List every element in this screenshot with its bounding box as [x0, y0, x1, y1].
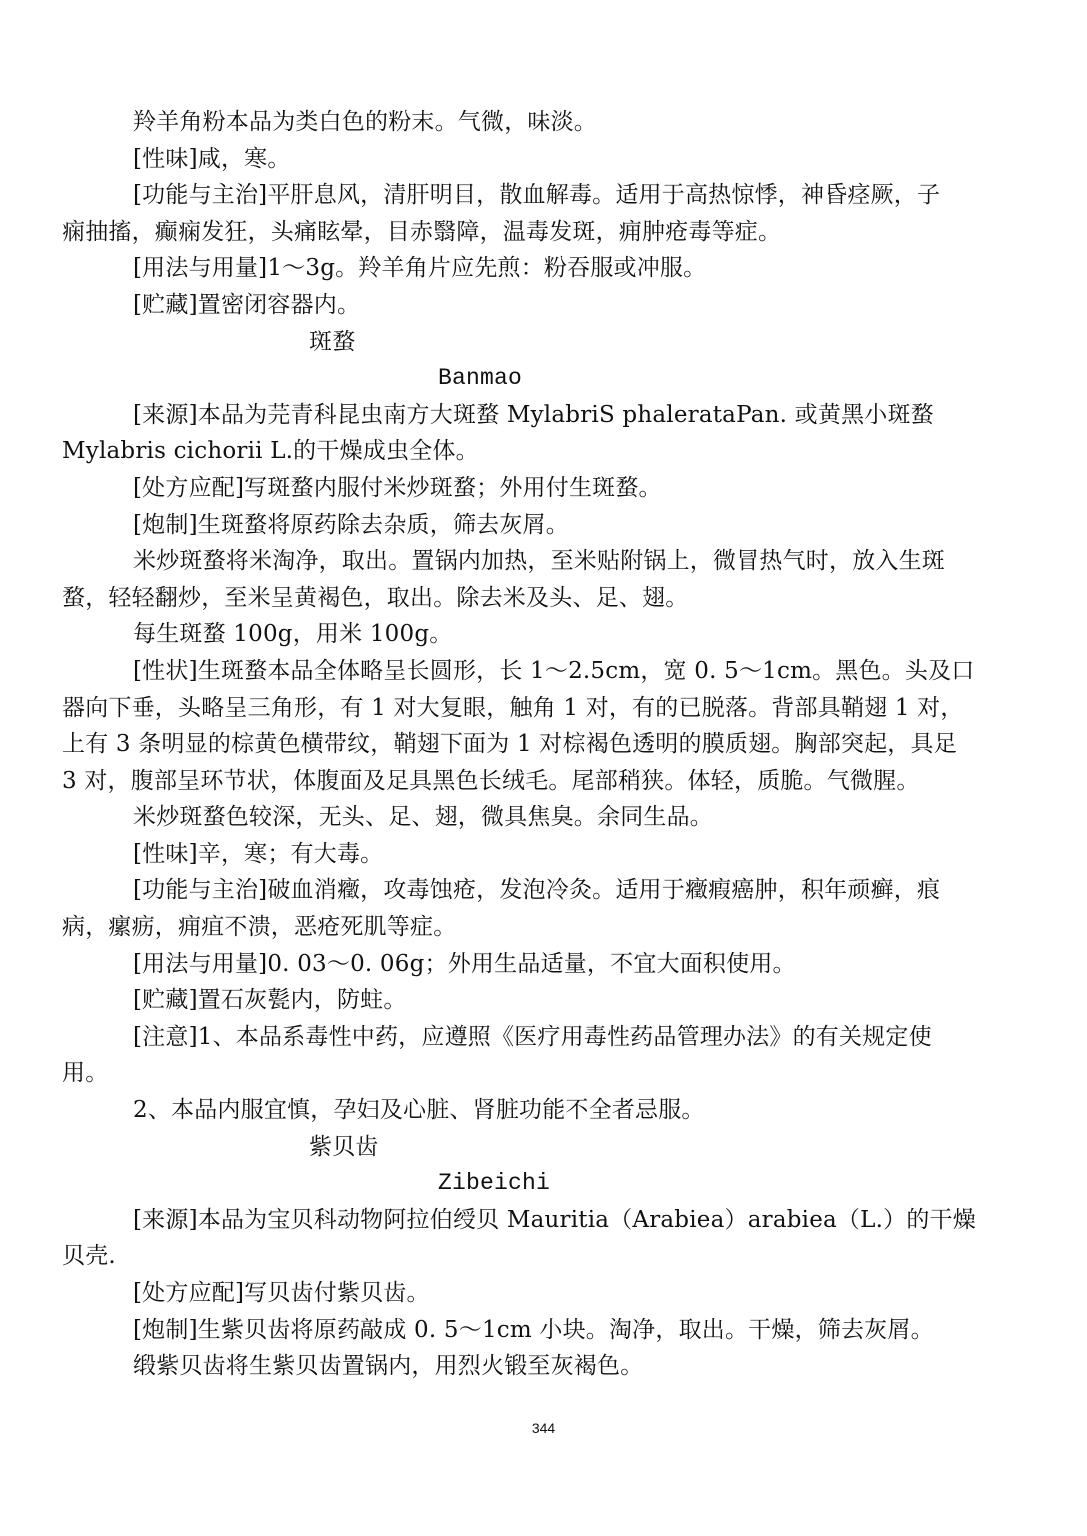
text-line: 米炒斑蝥将米淘净，取出。置锅内加热，至米贴附锅上，微冒热气时，放入生斑	[62, 543, 1026, 580]
text-line: 器向下垂，头略呈三角形，有 1 对大复眼，触角 1 对，有的已脱落。背部具鞘翅 …	[62, 690, 1026, 727]
text-line: 2、本品内服宜慎，孕妇及心脏、肾脏功能不全者忌服。	[62, 1092, 1026, 1129]
text-line: [功能与主治]平肝息风，清肝明目，散血解毒。适用于高热惊悸，神昏痉厥，子	[62, 177, 1026, 214]
text-line: 羚羊角粉本品为类白色的粉末。气微，味淡。	[62, 104, 1026, 141]
text-line: [来源]本品为芫青科昆虫南方大斑蝥 MylabriS phalerataPan.…	[62, 397, 1026, 434]
text-line: [性味]咸，寒。	[62, 141, 1026, 178]
text-line: [性味]辛，寒；有大毒。	[62, 836, 1026, 873]
page-number: 344	[0, 1420, 1087, 1436]
text-line: [用法与用量]0. 03～0. 06g；外用生品适量，不宜大面积使用。	[62, 946, 1026, 983]
text-line: [用法与用量]1～3g。羚羊角片应先煎：粉吞服或冲服。	[62, 250, 1026, 287]
entry-title-chinese: 斑蝥	[62, 324, 1026, 361]
text-line: [贮藏]置石灰甏内，防蛀。	[62, 982, 1026, 1019]
text-line: [来源]本品为宝贝科动物阿拉伯绶贝 Mauritia（Arabiea）arabi…	[62, 1202, 1026, 1239]
text-line: 痫抽搐，癫痫发狂，头痛眩晕，目赤翳障，温毒发斑，痈肿疮毒等症。	[62, 214, 1026, 251]
text-line: [功能与主治]破血消癥，攻毒蚀疮，发泡冷灸。适用于癥瘕癌肿，积年顽癣，痕	[62, 872, 1026, 909]
text-line: 3 对，腹部呈环节状，体腹面及足具黑色长绒毛。尾部稍狭。体轻，质脆。气微腥。	[62, 763, 1026, 800]
document-body: 羚羊角粉本品为类白色的粉末。气微，味淡。 [性味]咸，寒。 [功能与主治]平肝息…	[62, 104, 1026, 1385]
text-line: Mylabris cichorii L.的干燥成虫全体。	[62, 433, 1026, 470]
text-line: [炮制]生紫贝齿将原药敲成 0. 5～1cm 小块。淘净，取出。干燥，筛去灰屑。	[62, 1312, 1026, 1349]
text-line: [处方应配]写贝齿付紫贝齿。	[62, 1275, 1026, 1312]
text-line: 贝壳.	[62, 1238, 1026, 1275]
text-line: 病，瘰疬，痈疽不溃，恶疮死肌等症。	[62, 909, 1026, 946]
text-line: 每生斑蝥 100g，用米 100g。	[62, 616, 1026, 653]
text-line: [炮制]生斑蝥将原药除去杂质，筛去灰屑。	[62, 507, 1026, 544]
text-line: 蝥，轻轻翻炒，至米呈黄褐色，取出。除去米及头、足、翅。	[62, 580, 1026, 617]
text-line: 上有 3 条明显的棕黄色横带纹，鞘翅下面为 1 对棕褐色透明的膜质翅。胸部突起，…	[62, 726, 1026, 763]
text-line: 缎紫贝齿将生紫贝齿置锅内，用烈火锻至灰褐色。	[62, 1348, 1026, 1385]
entry-title-pinyin: Banmao	[62, 360, 1026, 397]
text-line: [注意]1、本品系毒性中药，应遵照《医疗用毒性药品管理办法》的有关规定使	[62, 1019, 1026, 1056]
text-line: [贮藏]置密闭容器内。	[62, 287, 1026, 324]
entry-title-pinyin: Zibeichi	[62, 1165, 1026, 1202]
text-line: 米炒斑蝥色较深，无头、足、翅，微具焦臭。余同生品。	[62, 799, 1026, 836]
entry-title-chinese: 紫贝齿	[62, 1129, 1026, 1166]
text-line: 用。	[62, 1055, 1026, 1092]
text-line: [处方应配]写斑蝥内服付米炒斑蝥；外用付生斑蝥。	[62, 470, 1026, 507]
text-line: [性状]生斑蝥本品全体略呈长圆形，长 1～2.5cm，宽 0. 5～1cm。黑色…	[62, 653, 1026, 690]
